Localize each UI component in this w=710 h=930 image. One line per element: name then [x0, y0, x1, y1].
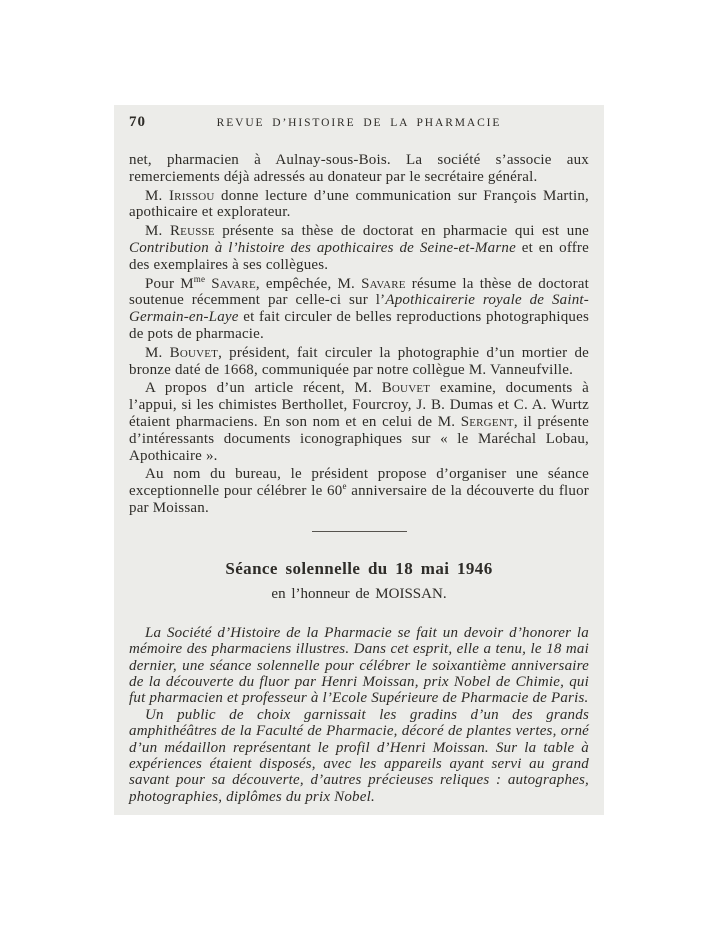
session-subtitle: en l’honneur de MOISSAN. — [129, 586, 589, 603]
paragraph: A propos d’un article récent, M. Bouvet … — [129, 380, 589, 464]
session-section: Séance solennelle du 18 mai 1946 en l’ho… — [129, 559, 589, 805]
page-number: 70 — [129, 114, 175, 131]
society-minutes-section: net, pharmacien à Aulnay-sous-Bois. La s… — [129, 152, 589, 517]
paragraph: Au nom du bureau, le président propose d… — [129, 466, 589, 516]
paragraph: Un public de choix garnissait les gradin… — [129, 707, 589, 805]
session-title: Séance solennelle du 18 mai 1946 — [129, 559, 589, 579]
journal-running-title: REVUE D’HISTOIRE DE LA PHARMACIE — [175, 117, 543, 129]
paragraph: net, pharmacien à Aulnay-sous-Bois. La s… — [129, 152, 589, 186]
paragraph: La Société d’Histoire de la Pharmacie se… — [129, 625, 589, 707]
section-divider — [312, 531, 407, 532]
session-lead-text: La Société d’Histoire de la Pharmacie se… — [129, 625, 589, 805]
paragraph: M. Bouvet, président, fait circuler la p… — [129, 345, 589, 379]
scanned-journal-page: 70 REVUE D’HISTOIRE DE LA PHARMACIE net,… — [114, 105, 604, 815]
paragraph: Pour Mme Savare, empêchée, M. Savare rés… — [129, 276, 589, 343]
paragraph: M. Reusse présente sa thèse de doctorat … — [129, 223, 589, 273]
paragraph: M. Irissou donne lecture d’une communica… — [129, 188, 589, 222]
running-header: 70 REVUE D’HISTOIRE DE LA PHARMACIE — [129, 114, 589, 131]
